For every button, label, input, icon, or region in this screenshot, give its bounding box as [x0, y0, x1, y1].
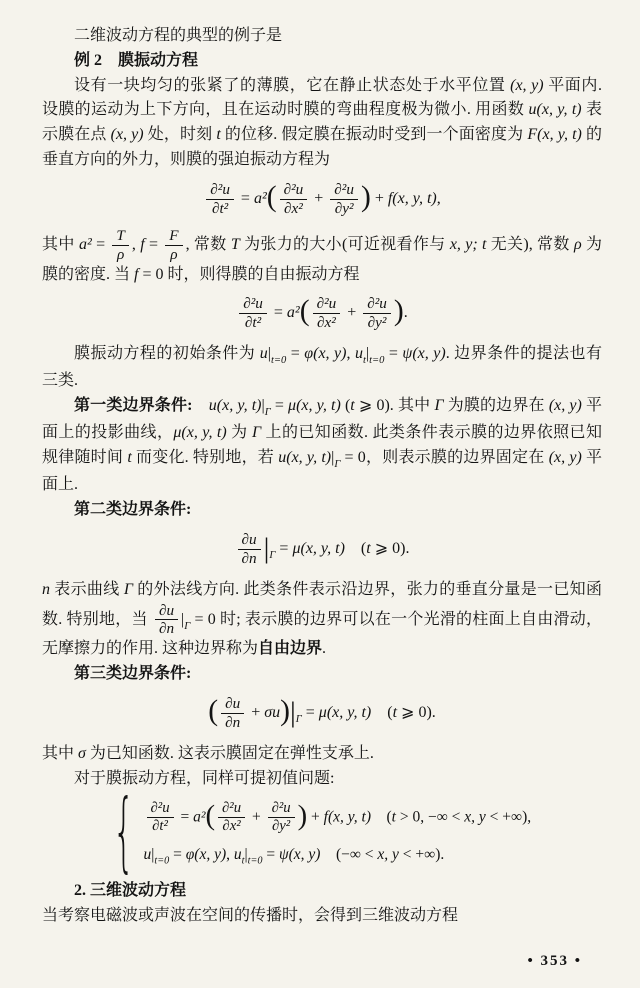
fraction: ∂u∂n — [221, 696, 244, 731]
first-boundary-condition-paragraph: 第一类边界条件: u(x, y, t)|Γ = μ(x, y, t) (t ⩾ … — [42, 394, 602, 498]
example-heading: 例 2 膜振动方程 — [42, 49, 602, 74]
fraction: ∂²u∂y² — [268, 801, 295, 835]
forced-vibration-equation: ∂²u∂t² = a²(∂²u∂x² + ∂²u∂y²) + f(x, y, t… — [42, 182, 602, 217]
ivp-initial-line: u|t=0 = φ(x, y), ut|t=0 = ψ(x, y) (−∞ < … — [144, 846, 532, 867]
system-lines: ∂²u∂t² = a²(∂²u∂x² + ∂²u∂y²) + f(x, y, t… — [144, 801, 532, 868]
fraction: Tρ — [112, 228, 128, 263]
section-2-intro: 当考察电磁波或声波在空间的传播时，会得到三维波动方程 — [42, 904, 602, 929]
intro-line: 二维波动方程的典型的例子是 — [42, 24, 602, 49]
fraction: ∂²u∂t² — [147, 801, 174, 835]
page-number: • 353 • — [527, 953, 582, 970]
fraction: ∂²u∂t² — [239, 296, 267, 331]
second-boundary-condition-label: 第二类边界条件: — [42, 498, 602, 523]
fraction: Fρ — [165, 228, 182, 263]
equation-system: { ∂²u∂t² = a²(∂²u∂x² + ∂²u∂y²) + f(x, y,… — [113, 801, 531, 868]
third-boundary-condition-equation: (∂u∂n + σu)|Γ = μ(x, y, t) (t ⩾ 0). — [42, 696, 602, 731]
fraction: ∂²u∂x² — [218, 801, 245, 835]
second-boundary-condition-equation: ∂u∂n|Γ = μ(x, y, t) (t ⩾ 0). — [42, 532, 602, 567]
system-left-brace: { — [113, 784, 135, 884]
fraction: ∂²u∂y² — [330, 182, 358, 217]
scanned-textbook-page: 二维波动方程的典型的例子是 例 2 膜振动方程 设有一块均匀的张紧了的薄膜，它在… — [0, 0, 640, 988]
coefficients-paragraph: 其中 a² = Tρ, f = Fρ, 常数 T 为张力的大小(可近视看作与 x… — [42, 228, 602, 288]
ivp-pde-line: ∂²u∂t² = a²(∂²u∂x² + ∂²u∂y²) + f(x, y, t… — [144, 801, 532, 835]
initial-value-problem-system: { ∂²u∂t² = a²(∂²u∂x² + ∂²u∂y²) + f(x, y,… — [42, 801, 602, 868]
initial-conditions-paragraph: 膜振动方程的初始条件为 u|t=0 = φ(x, y), ut|t=0 = ψ(… — [42, 342, 602, 394]
sigma-note-paragraph: 其中 σ 为已知函数. 这表示膜固定在弹性支承上. — [42, 742, 602, 767]
outward-normal-paragraph: n 表示曲线 Γ 的外法线方向. 此类条件表示沿边界，张力的垂直分量是一已知函数… — [42, 578, 602, 663]
fraction: ∂²u∂x² — [280, 182, 308, 217]
fraction: ∂²u∂y² — [363, 296, 391, 331]
third-boundary-condition-label: 第三类边界条件: — [42, 662, 602, 687]
fraction: ∂u∂n — [155, 603, 178, 638]
fraction: ∂²u∂t² — [206, 182, 234, 217]
free-vibration-equation: ∂²u∂t² = a²(∂²u∂x² + ∂²u∂y²). — [42, 296, 602, 331]
membrane-setup-paragraph: 设有一块均匀的张紧了的薄膜，它在静止状态处于水平位置 (x, y) 平面内. 设… — [42, 74, 602, 173]
fraction: ∂u∂n — [238, 532, 261, 567]
fraction: ∂²u∂x² — [313, 296, 341, 331]
